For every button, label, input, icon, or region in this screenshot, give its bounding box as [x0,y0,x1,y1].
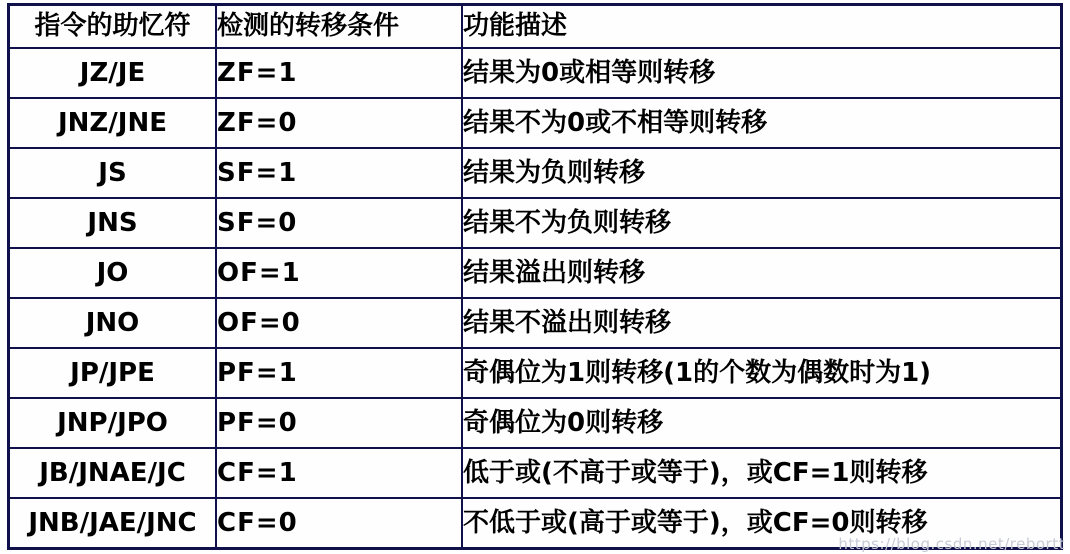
cell-mnemonic: JS [9,148,217,198]
cell-condition: SF=0 [216,198,462,248]
cell-mnemonic: JNS [9,198,217,248]
cell-mnemonic: JNP/JPO [9,398,217,448]
cell-condition: OF=1 [216,248,462,298]
cell-condition: PF=0 [216,398,462,448]
cell-condition: ZF=1 [216,48,462,98]
cell-description: 结果为负则转移 [462,148,1062,198]
cell-description: 结果不为负则转移 [462,198,1062,248]
cell-description: 结果不溢出则转移 [462,298,1062,348]
cell-condition: PF=1 [216,348,462,398]
table-row: JSSF=1结果为负则转移 [9,148,1062,198]
jump-instructions-page: 指令的助忆符 检测的转移条件 功能描述 JZ/JEZF=1结果为0或相等则转移J… [0,0,1070,554]
cell-mnemonic: JP/JPE [9,348,217,398]
header-condition: 检测的转移条件 [216,5,462,49]
cell-mnemonic: JNZ/JNE [9,98,217,148]
table-row: JZ/JEZF=1结果为0或相等则转移 [9,48,1062,98]
cell-mnemonic: JZ/JE [9,48,217,98]
cell-condition: CF=1 [216,448,462,498]
cell-description: 结果溢出则转移 [462,248,1062,298]
header-description: 功能描述 [462,5,1062,49]
header-mnemonic: 指令的助忆符 [9,5,217,49]
cell-description: 奇偶位为0则转移 [462,398,1062,448]
cell-mnemonic: JO [9,248,217,298]
cell-description: 不低于或(高于或等于)，或CF=0则转移 [462,498,1062,549]
table-row: JNB/JAE/JNCCF=0不低于或(高于或等于)，或CF=0则转移 [9,498,1062,549]
table-row: JNP/JPOPF=0奇偶位为0则转移 [9,398,1062,448]
table-row: JP/JPEPF=1奇偶位为1则转移(1的个数为偶数时为1) [9,348,1062,398]
table-header: 指令的助忆符 检测的转移条件 功能描述 [9,5,1062,49]
cell-mnemonic: JNO [9,298,217,348]
cell-mnemonic: JB/JNAE/JC [9,448,217,498]
cell-description: 低于或(不高于或等于)，或CF=1则转移 [462,448,1062,498]
table-body: JZ/JEZF=1结果为0或相等则转移JNZ/JNEZF=0结果不为0或不相等则… [9,48,1062,549]
table-row: JB/JNAE/JCCF=1低于或(不高于或等于)，或CF=1则转移 [9,448,1062,498]
cell-mnemonic: JNB/JAE/JNC [9,498,217,549]
cell-description: 结果为0或相等则转移 [462,48,1062,98]
cell-condition: CF=0 [216,498,462,549]
cell-condition: SF=1 [216,148,462,198]
cell-description: 结果不为0或不相等则转移 [462,98,1062,148]
jump-instructions-table: 指令的助忆符 检测的转移条件 功能描述 JZ/JEZF=1结果为0或相等则转移J… [7,3,1063,550]
cell-description: 奇偶位为1则转移(1的个数为偶数时为1) [462,348,1062,398]
cell-condition: ZF=0 [216,98,462,148]
header-row: 指令的助忆符 检测的转移条件 功能描述 [9,5,1062,49]
table-row: JNSSF=0结果不为负则转移 [9,198,1062,248]
table-row: JOOF=1结果溢出则转移 [9,248,1062,298]
cell-condition: OF=0 [216,298,462,348]
table-row: JNZ/JNEZF=0结果不为0或不相等则转移 [9,98,1062,148]
table-row: JNOOF=0结果不溢出则转移 [9,298,1062,348]
